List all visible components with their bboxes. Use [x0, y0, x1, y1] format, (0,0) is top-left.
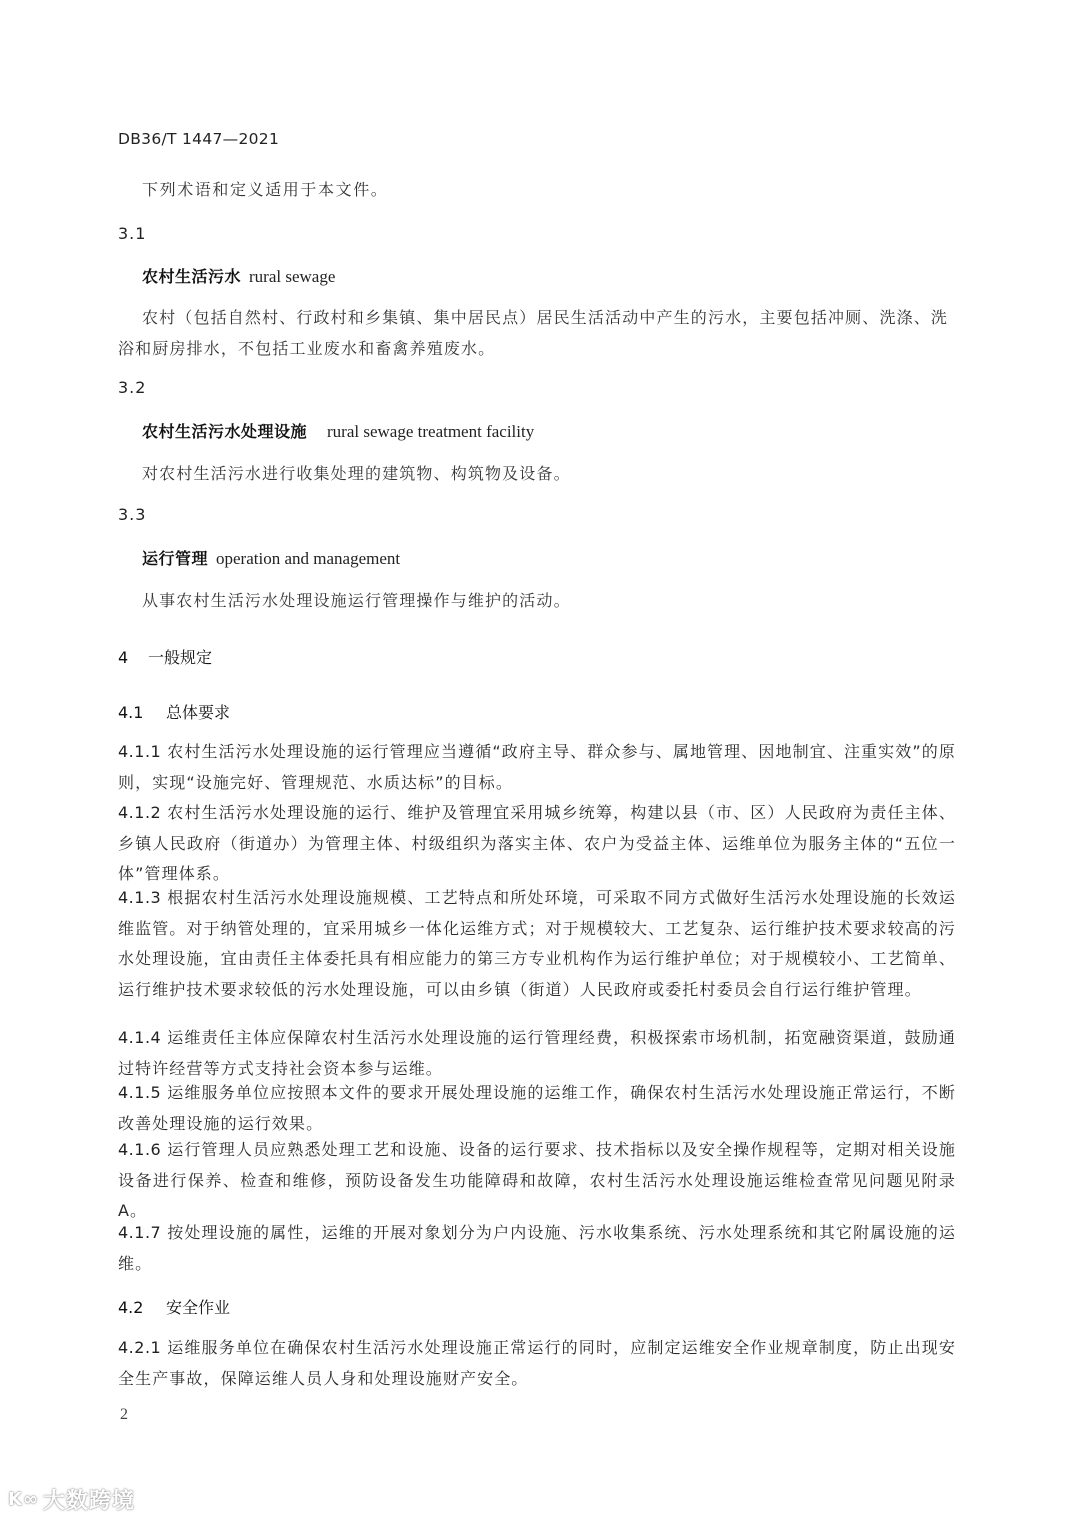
term-title: 农村生活污水处理设施rural sewage treatment facilit…	[142, 419, 534, 442]
term-definition: 农村（包括自然村、行政村和乡集镇、集中居民点）居民生活活动中产生的污水，主要包括…	[118, 302, 958, 364]
clause-4-1-2: 4.1.2农村生活污水处理设施的运行、维护及管理宜采用城乡统筹，构建以县（市、区…	[118, 798, 956, 890]
document-header: DB36/T 1447—2021	[118, 130, 279, 148]
watermark-logo-icon: K∞	[8, 1489, 39, 1510]
term-en: operation and management	[216, 549, 400, 568]
term-number: 3.2	[118, 378, 146, 397]
watermark-text: 大数跨境	[43, 1484, 135, 1515]
term-en: rural sewage treatment facility	[327, 422, 534, 441]
subsection-heading: 4.2安全作业	[118, 1295, 230, 1318]
subsection-heading: 4.1总体要求	[118, 700, 230, 723]
clause-4-1-6: 4.1.6运行管理人员应熟悉处理工艺和设施、设备的运行要求、技术指标以及安全操作…	[118, 1135, 956, 1227]
term-cn: 运行管理	[142, 549, 208, 568]
term-en: rural sewage	[249, 267, 335, 286]
clause-4-1-1: 4.1.1农村生活污水处理设施的运行管理应当遵循“政府主导、群众参与、属地管理、…	[118, 737, 956, 798]
term-number: 3.3	[118, 505, 146, 524]
term-cn: 农村生活污水处理设施	[142, 422, 307, 441]
clause-4-1-3: 4.1.3根据农村生活污水处理设施规模、工艺特点和所处环境，可采取不同方式做好生…	[118, 883, 956, 1005]
term-title: 运行管理operation and management	[142, 546, 400, 569]
term-cn: 农村生活污水	[142, 267, 241, 286]
clause-4-1-4: 4.1.4运维责任主体应保障农村生活污水处理设施的运行管理经费，积极探索市场机制…	[118, 1023, 956, 1084]
term-definition: 对农村生活污水进行收集处理的建筑物、构筑物及设备。	[118, 458, 958, 489]
watermark: K∞ 大数跨境	[8, 1484, 135, 1515]
clause-4-1-7: 4.1.7按处理设施的属性，运维的开展对象划分为户内设施、污水收集系统、污水处理…	[118, 1218, 956, 1279]
clause-4-2-1: 4.2.1运维服务单位在确保农村生活污水处理设施正常运行的同时，应制定运维安全作…	[118, 1333, 956, 1394]
intro-text: 下列术语和定义适用于本文件。	[142, 177, 388, 200]
term-title: 农村生活污水rural sewage	[142, 264, 335, 287]
term-number: 3.1	[118, 224, 146, 243]
term-definition: 从事农村生活污水处理设施运行管理操作与维护的活动。	[118, 585, 958, 616]
clause-4-1-5: 4.1.5运维服务单位应按照本文件的要求开展处理设施的运维工作，确保农村生活污水…	[118, 1078, 956, 1139]
page-number: 2	[120, 1406, 128, 1424]
section-heading: 4一般规定	[118, 645, 212, 668]
